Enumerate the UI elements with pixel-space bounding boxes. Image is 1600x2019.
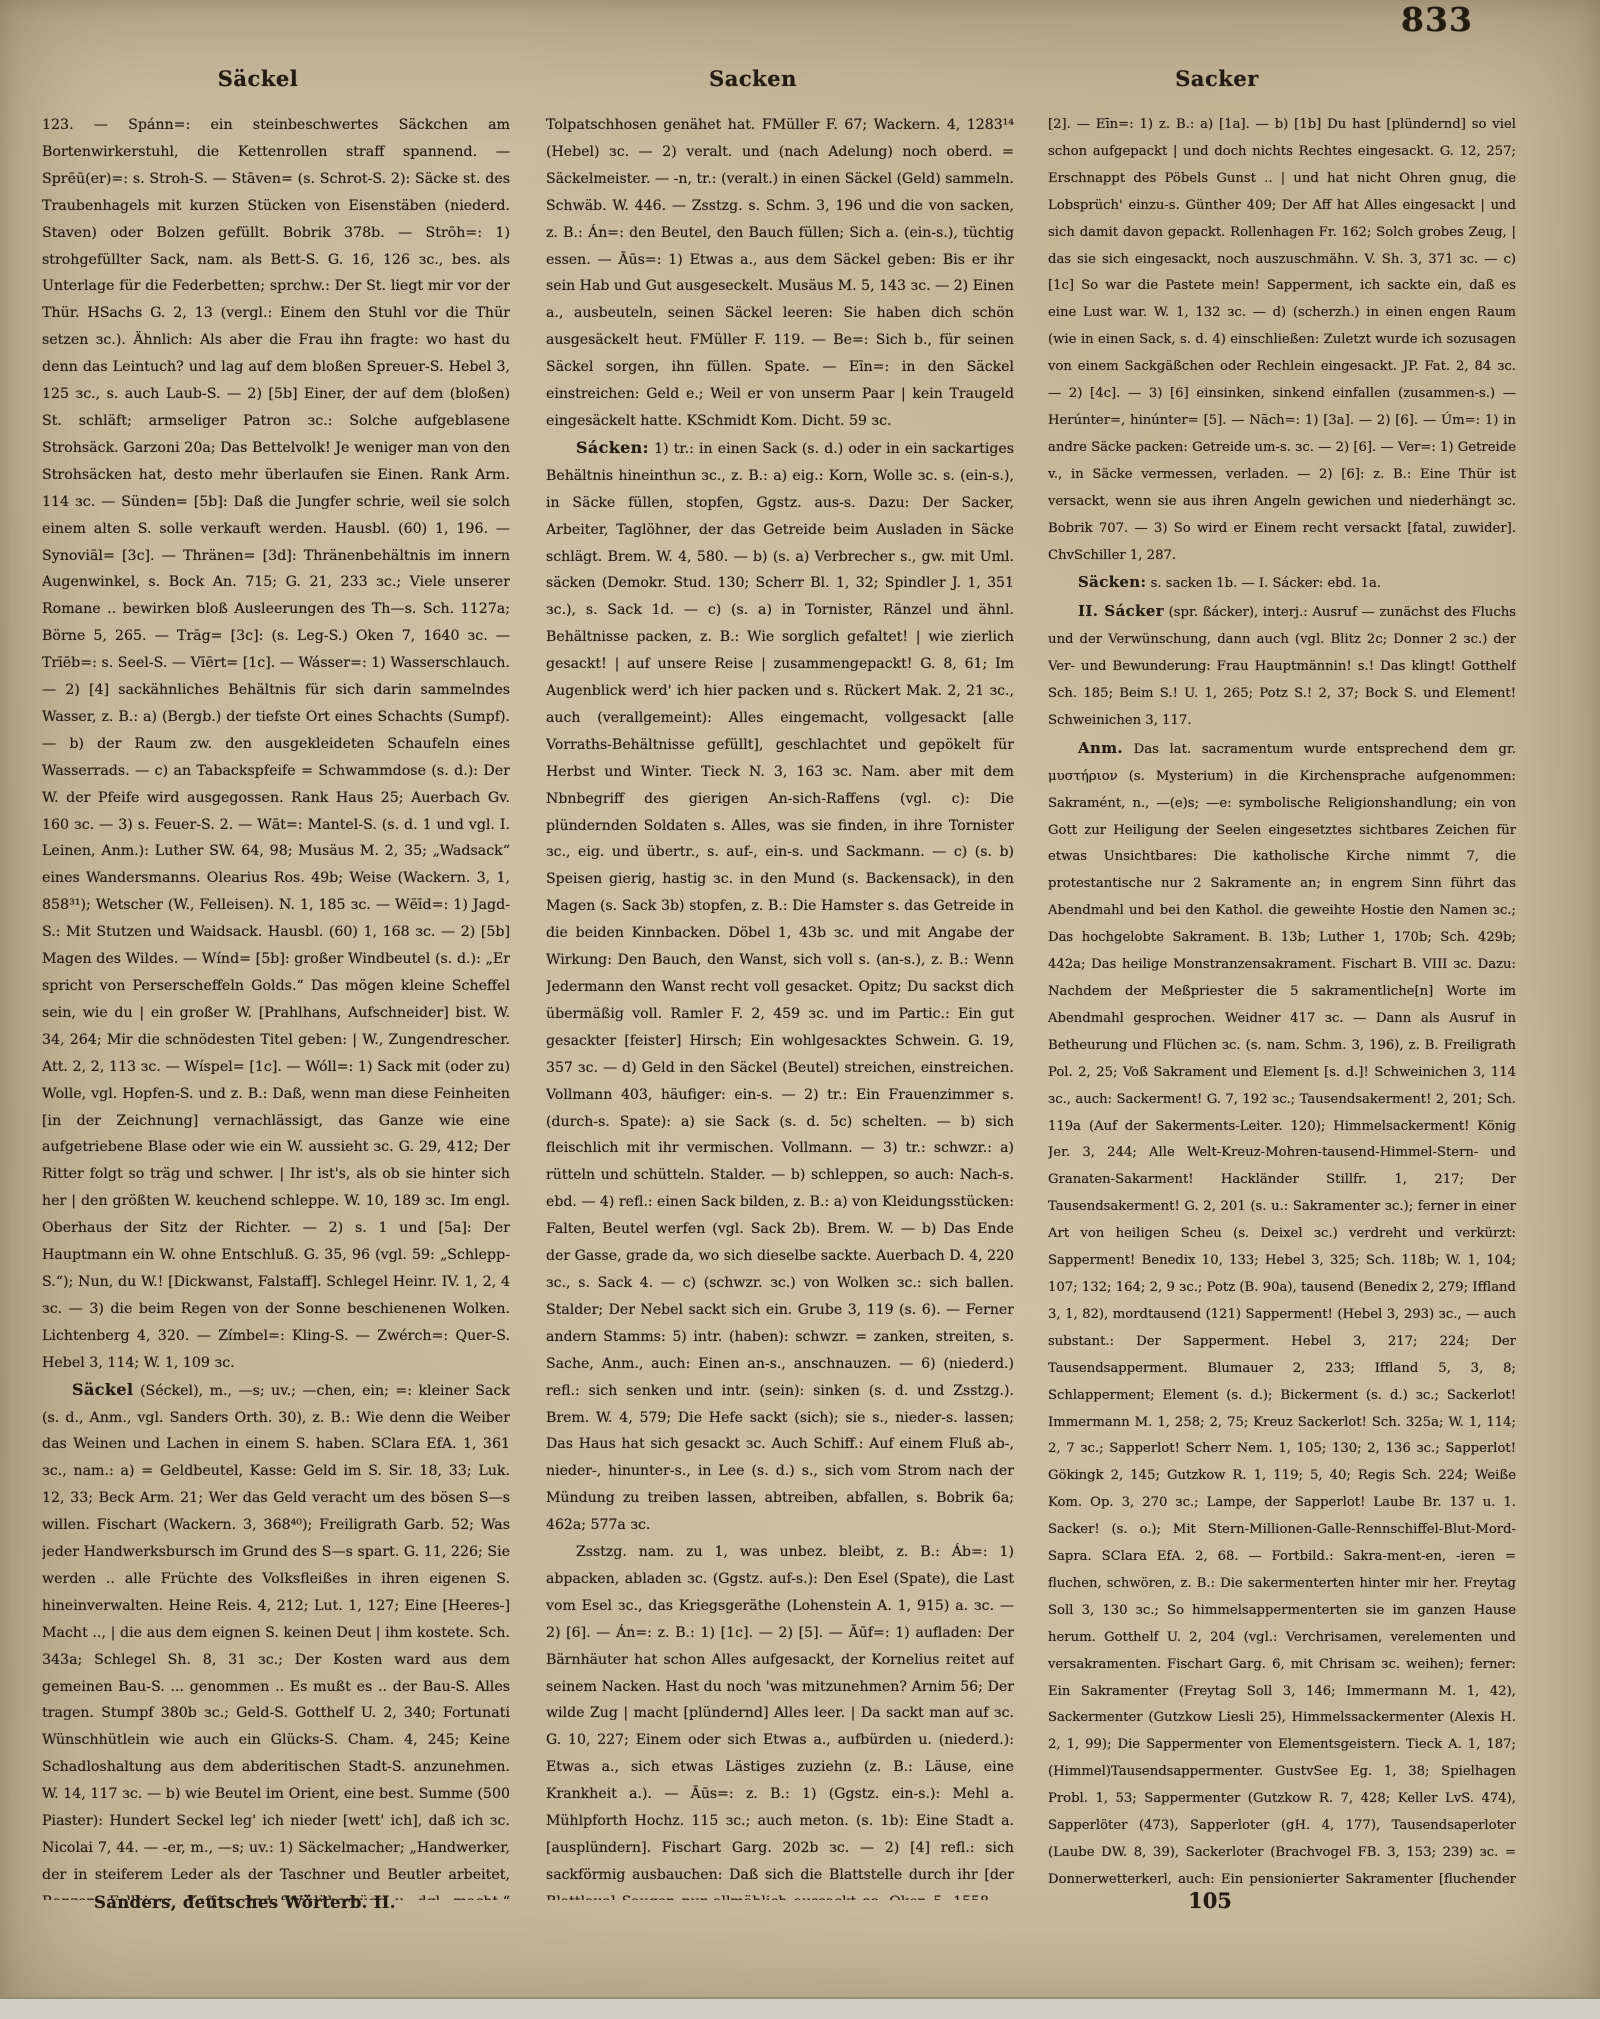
paragraph-text: Das lat. sacramentum wurde entsprechend … [1048,742,1516,1900]
paragraph-text: 1) tr.: in einen Sack (s. d.) oder in ei… [546,441,1014,1533]
paragraph-text: 123. — Spánn=: ein steinbeschwertes Säck… [42,117,510,1371]
entry-continuation-sacken-zsstzg: [2]. — Eīn=: 1) z. B.: a) [1a]. — b) [1b… [1048,112,1516,569]
entry-headword: Anm. [1078,739,1123,757]
text-column-2: Tolpatschhosen genähet hat. FMüller F. 6… [546,112,1014,1900]
paragraph-text: s. sacken 1b. — I. Sácker: ebd. 1a. [1146,576,1381,591]
paragraph-text: (Séckel), m., —s; uv.; —chen, ein; =: kl… [42,1383,510,1900]
entry-continuation-sack-compounds: 123. — Spánn=: ein steinbeschwertes Säck… [42,112,510,1377]
entry-sacken-zsstzg: Zsstzg. nam. zu 1, was unbez. bleibt, z.… [546,1539,1014,1900]
text-column-3: [2]. — Eīn=: 1) z. B.: a) [1a]. — b) [1b… [1048,112,1516,1900]
running-head-keyword-center: Sacken [643,66,863,91]
running-head-keyword-right: Sacker [1107,66,1327,91]
entry-headword: Säcken: [1078,573,1146,591]
entry-headword: II. Sácker [1078,602,1164,620]
entry-sacker-interjection: II. Sácker (spr. ßácker), interj.: Ausru… [1048,598,1516,735]
entry-sacken: Sácken: 1) tr.: in einen Sack (s. d.) od… [546,435,1014,1539]
sheet-signature-number: 105 [1150,1888,1270,1913]
running-head: Säckel Sacken Sacker [0,58,1600,98]
volume-footer-note: Sanders, deutsches Wörterb. II. [94,1893,396,1912]
scan-edge [0,1997,1600,2019]
entry-anmerkung-sakrament: Anm. Das lat. sacramentum wurde entsprec… [1048,735,1516,1900]
entry-continuation-saeckel: Tolpatschhosen genähet hat. FMüller F. 6… [546,112,1014,435]
paragraph-text: (spr. ßácker), interj.: Ausruf — zunächs… [1048,605,1516,728]
entry-saeckel: Säckel (Séckel), m., —s; uv.; —chen, ein… [42,1377,510,1900]
paragraph-text: Zsstzg. nam. zu 1, was unbez. bleibt, z.… [546,1544,1014,1900]
page-number: 833 [1392,0,1482,39]
text-column-1: 123. — Spánn=: ein steinbeschwertes Säck… [42,112,510,1900]
running-head-keyword-left: Säckel [148,66,368,91]
entry-headword: Säckel [72,1380,134,1399]
entry-headword: Sácken: [576,438,649,457]
paragraph-text: [2]. — Eīn=: 1) z. B.: a) [1a]. — b) [1b… [1048,117,1516,563]
paragraph-text: Tolpatschhosen genähet hat. FMüller F. 6… [546,117,1014,429]
dictionary-page-scan: Säckel Sacken Sacker 833 123. — Spánn=: … [0,0,1600,2019]
entry-saecken: Säcken: s. sacken 1b. — I. Sácker: ebd. … [1048,569,1516,598]
